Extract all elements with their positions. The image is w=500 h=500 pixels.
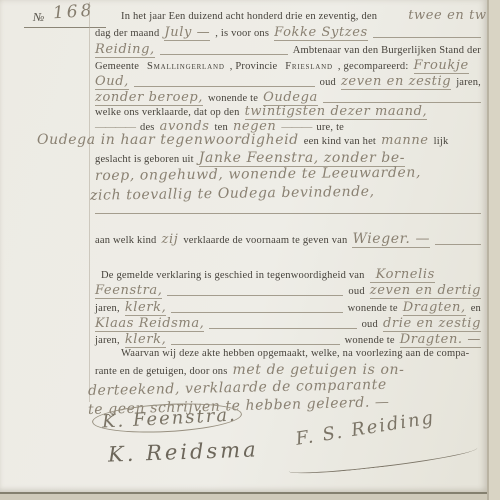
signature-flourish xyxy=(288,442,479,477)
paper: № 168 In het jaar Een duizend acht honde… xyxy=(0,0,487,492)
printed-text: geslacht is geboren uit xyxy=(95,154,194,165)
printed-text: In het jaar Een duizend acht honderd dri… xyxy=(95,11,377,22)
handwritten-entry: Oud, xyxy=(95,74,129,90)
printed-text: verklaarde de voornaam te geven van xyxy=(183,235,347,246)
printed-text: wonende te xyxy=(208,93,258,104)
handwritten-entry: zich toevallig te Oudega bevindende, xyxy=(90,184,375,204)
printed-text: wonende te xyxy=(345,335,395,346)
form-line: Feenstra, oud zeven en dertig xyxy=(95,283,481,299)
printed-text-smallcaps: Friesland xyxy=(285,61,333,72)
page-edge-bottom xyxy=(0,492,487,500)
handwritten-entry: drie en zestig xyxy=(383,316,481,332)
handwritten-entry: zij xyxy=(162,232,179,247)
form-line: jaren, klerk, wonende te Dragten. — xyxy=(95,332,481,348)
form-line: Waarvan wij deze akte hebben opgemaakt, … xyxy=(95,348,481,359)
act-number-underline xyxy=(24,27,106,28)
printed-text: oud xyxy=(348,286,364,297)
form-line: In het jaar Een duizend acht honderd dri… xyxy=(95,8,481,23)
handwritten-entry: Froukje xyxy=(414,58,469,74)
handwritten-entry: zeven en dertig xyxy=(370,283,481,299)
printed-text: De gemelde verklaring is geschied in teg… xyxy=(95,270,365,281)
form-line: roep, ongehuwd, wonende te Leeuwarden, xyxy=(95,164,481,184)
printed-text: Ambtenaar van den Burgerlijken Stand der xyxy=(293,45,481,56)
document-scan: № 168 In het jaar Een duizend acht honde… xyxy=(0,0,500,500)
handwritten-entry: Klaas Reidsma, xyxy=(95,316,204,332)
form-line: zich toevallig te Oudega bevindende, xyxy=(90,182,476,203)
blank-rule xyxy=(435,243,481,245)
printed-text: Waarvan wij deze akte hebben opgemaakt, … xyxy=(95,348,469,359)
form-line: aan welk kind zij verklaarde de voornaam… xyxy=(95,231,481,248)
handwritten-entry: klerk, xyxy=(125,332,167,348)
blank-rule xyxy=(171,343,339,345)
handwritten-entry: twee en twintigsten xyxy=(382,8,500,23)
handwritten-entry: manne xyxy=(381,133,429,148)
handwritten-entry: Dragten, xyxy=(403,300,466,316)
handwritten-entry: Wieger. — xyxy=(352,231,430,248)
printed-text: een kind van het xyxy=(304,136,376,147)
form-line: welke ons verklaarde, dat op den twintig… xyxy=(95,104,481,120)
form-line: Klaas Reidsma, oud drie en zestig xyxy=(95,316,481,332)
printed-text: oud xyxy=(362,319,378,330)
printed-text-smallcaps: Smallingerland xyxy=(147,61,225,72)
blank-rule xyxy=(373,36,481,38)
printed-text: lijk xyxy=(434,136,449,147)
page-edge-right xyxy=(487,0,500,500)
printed-text: jaren, xyxy=(95,303,120,314)
printed-text: Gemeente xyxy=(95,61,142,72)
handwritten-entry: twintigsten dezer maand, xyxy=(245,104,428,120)
printed-text: , Provincie xyxy=(230,61,281,72)
form-line: Oud, oud zeven en zestig jaren, xyxy=(95,74,481,90)
printed-text: wonende te xyxy=(348,303,398,314)
handwritten-entry: Dragten. — xyxy=(400,332,481,348)
signature-witness-2: K. Reidsma xyxy=(108,437,259,466)
handwritten-entry: roep, ongehuwd, wonende te Leeuwarden, xyxy=(95,165,421,184)
form-line: Reiding, Ambtenaar van den Burgerlijken … xyxy=(95,42,481,58)
form-line: dag der maand July — , is voor ons Fokke… xyxy=(95,25,481,41)
blank-rule xyxy=(160,53,288,55)
blank-rule xyxy=(171,311,342,313)
printed-text: en xyxy=(471,303,481,314)
printed-text: , is voor ons xyxy=(215,28,269,39)
handwritten-entry: met de getuigen is on- xyxy=(233,362,405,378)
printed-text: rante en de getuigen, door ons xyxy=(95,366,228,377)
signature-registrar: F. S. Reiding xyxy=(294,407,436,450)
handwritten-entry: July — xyxy=(164,25,210,41)
blank-rule xyxy=(167,294,343,296)
form-line: De gemelde verklaring is geschied in teg… xyxy=(95,267,481,283)
handwritten-entry: Reiding, xyxy=(95,42,155,58)
blank-rule xyxy=(95,212,481,214)
printed-text: welke ons verklaarde, dat op den xyxy=(95,107,240,118)
blank-rule xyxy=(323,101,481,103)
form-line: Gemeente Smallingerland , Provincie Frie… xyxy=(95,58,481,74)
handwritten-entry: Feenstra, xyxy=(95,283,162,299)
printed-text: dag der maand xyxy=(95,28,159,39)
handwritten-entry: Oudega in haar tegenwoordigheid xyxy=(37,132,299,148)
form-line: Oudega in haar tegenwoordigheid een kind… xyxy=(37,132,481,148)
form-line: jaren, klerk, wonende te Dragten, en xyxy=(95,300,481,316)
handwritten-entry: klerk, xyxy=(125,300,167,316)
printed-text: jaren, xyxy=(456,77,481,88)
printed-text: aan welk kind xyxy=(95,235,157,246)
blank-rule xyxy=(209,327,356,329)
blank-form-line xyxy=(95,212,481,217)
blank-rule xyxy=(134,85,315,87)
handwritten-entry: Kornelis xyxy=(370,267,435,283)
handwritten-entry: Fokke Sytzes xyxy=(274,25,368,41)
handwritten-entry: zeven en zestig xyxy=(341,74,451,90)
act-number-label: № xyxy=(33,10,44,25)
printed-text: , gecompareerd: xyxy=(338,61,409,72)
printed-text: jaren, xyxy=(95,335,120,346)
printed-text: oud xyxy=(320,77,336,88)
